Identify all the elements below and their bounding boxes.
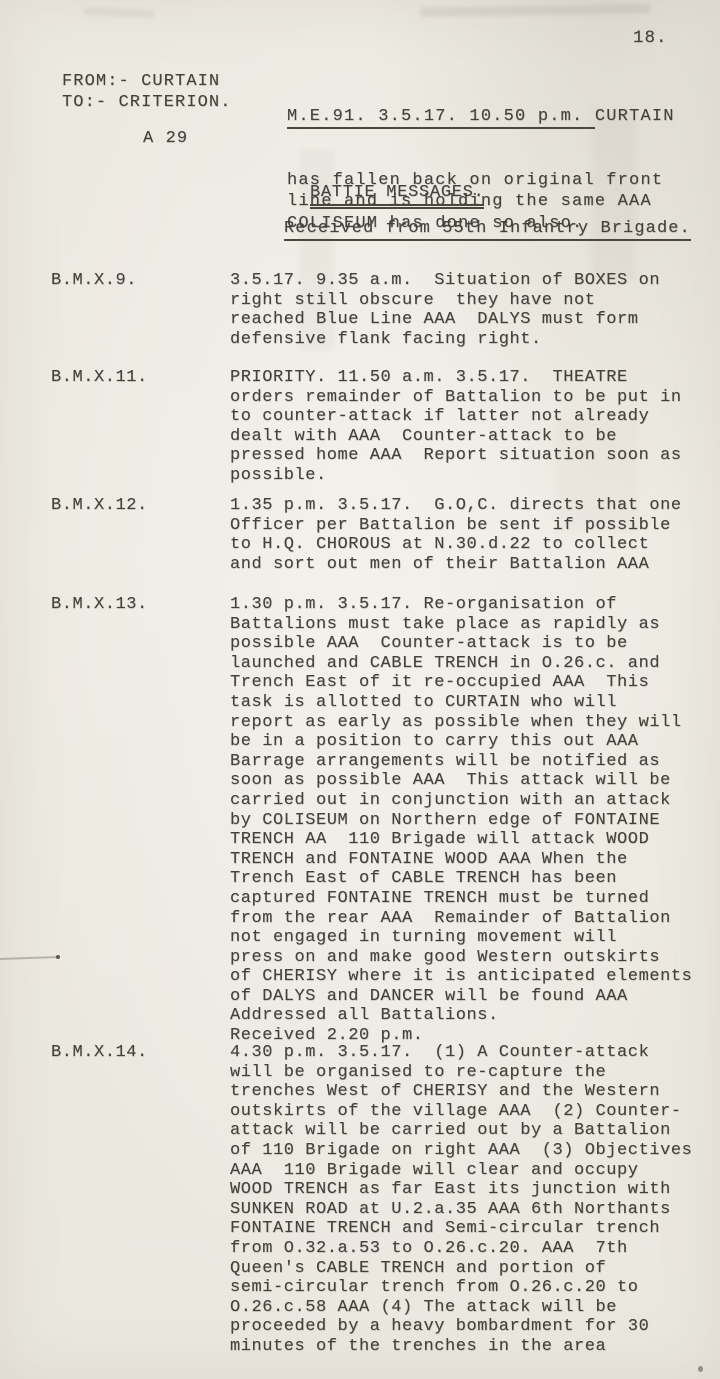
message-id: B.M.X.13. xyxy=(51,595,148,614)
opening-message-reference-underlined: M.E.91. 3.5.17. 10.50 p.m. xyxy=(287,107,595,129)
routing-reference: A 29 xyxy=(143,128,188,149)
message-id: B.M.X.12. xyxy=(51,496,148,515)
stray-dot-bottom xyxy=(698,1366,703,1372)
document-page: { "page": { "number": "18." }, "routing"… xyxy=(0,0,720,1379)
message-text: PRIORITY. 11.50 a.m. 3.5.17. THEATRE ord… xyxy=(230,368,705,486)
stray-dot xyxy=(56,955,60,959)
opening-message-addressee: CURTAIN xyxy=(595,107,675,126)
section-subtitle: Received from 55th Infantry Brigade. xyxy=(284,219,691,238)
section-title: BATTIE MESSAGES. xyxy=(310,183,484,202)
routing-from: FROM:- CURTAIN xyxy=(62,71,232,92)
section-title-text: BATTIE MESSAGES. xyxy=(310,183,484,209)
section-subtitle-text: Received from 55th Infantry Brigade. xyxy=(284,219,691,241)
message-id: B.M.X.9. xyxy=(51,271,137,290)
page-number: 18. xyxy=(633,28,668,48)
opening-message-first-line: M.E.91. 3.5.17. 10.50 p.m. CURTAIN xyxy=(287,106,707,127)
routing-block: FROM:- CURTAIN TO:- CRITERION. xyxy=(62,71,232,114)
routing-to: TO:- CRITERION. xyxy=(62,92,232,113)
message-text: 3.5.17. 9.35 a.m. Situation of BOXES on … xyxy=(230,271,705,349)
message-text: 1.30 p.m. 3.5.17. Re-organisation of Bat… xyxy=(230,595,705,1046)
message-id: B.M.X.11. xyxy=(51,368,148,387)
message-id: B.M.X.14. xyxy=(51,1043,148,1062)
message-text: 4.30 p.m. 3.5.17. (1) A Counter-attack w… xyxy=(230,1043,705,1357)
message-text: 1.35 p.m. 3.5.17. G.O,C. directs that on… xyxy=(230,496,705,574)
